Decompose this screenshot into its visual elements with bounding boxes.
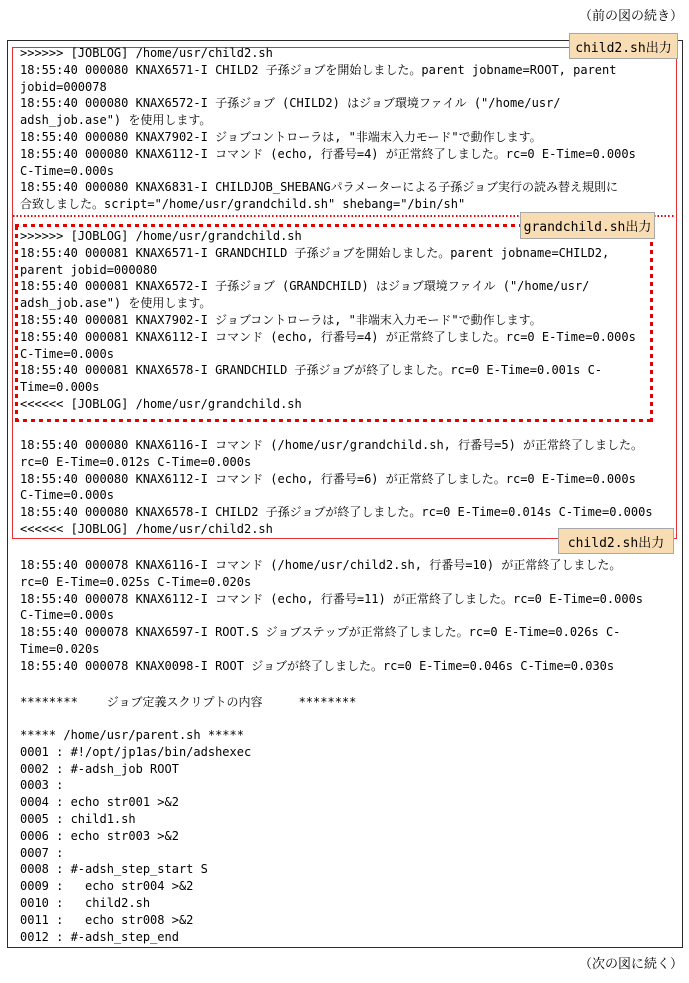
joblog-child2-part2: 18:55:40 000080 KNAX6116-I コマンド (/home/u… (20, 437, 653, 538)
grandchild-output-label: grandchild.sh出力 (520, 212, 655, 239)
manual-figure-page: （前の図の続き） >>>>>> [JOBLOG] /home/usr/child… (0, 0, 689, 983)
prev-figure-note: （前の図の続き） (579, 9, 683, 25)
script-listing: ***** /home/usr/parent.sh ***** 0001 : #… (20, 727, 251, 945)
child2-output-label-top: child2.sh出力 (569, 33, 678, 59)
next-figure-note: （次の図に続く） (579, 957, 683, 973)
child2-output-label-bottom: child2.sh出力 (558, 528, 674, 554)
joblog-root-tail: 18:55:40 000078 KNAX6116-I コマンド (/home/u… (20, 557, 643, 675)
script-section-header: ******** ジョブ定義スクリプトの内容 ******** (20, 694, 356, 711)
joblog-child2-part1: >>>>>> [JOBLOG] /home/usr/child2.sh 18:5… (20, 45, 636, 213)
joblog-grandchild: >>>>>> [JOBLOG] /home/usr/grandchild.sh … (20, 228, 636, 413)
